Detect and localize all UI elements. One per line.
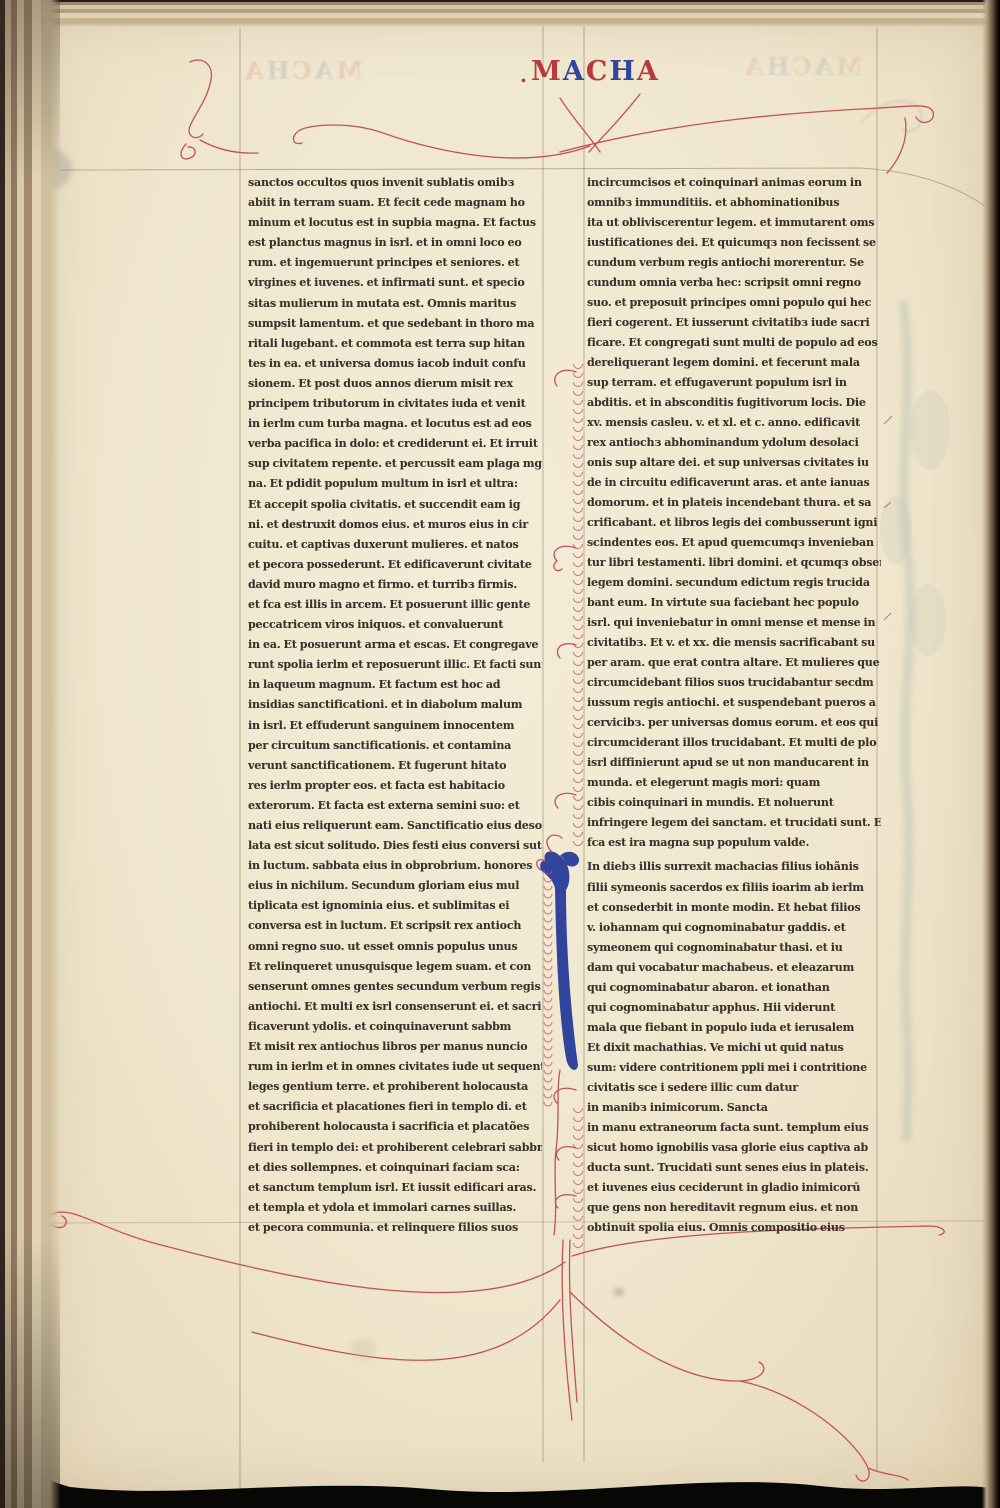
text-line: nati eius reliquerunt eam. Sanctificatio… [248, 819, 542, 832]
photo-background-bottom [0, 1428, 1000, 1508]
text-line: abiit in terram suam. Et fecit cede magn… [248, 196, 542, 209]
bottom-cascade-left-lower-sweep [252, 1300, 560, 1360]
text-line: sionem. Et post duos annos dierum misit … [248, 377, 542, 390]
text-line: et sanctum templum isrl. Et iussit edifi… [248, 1181, 542, 1194]
gutter-hook [554, 546, 576, 570]
text-line: in ea. Et posuerunt arma et escas. Et co… [248, 638, 542, 651]
header-flourish-cross-a [560, 98, 600, 152]
gutter-hook [554, 1088, 576, 1103]
chapter-initial-penwork-chain [544, 870, 552, 1106]
running-title-letter: M [833, 52, 863, 81]
text-line: cuitu. et captivas duxerunt mulieres. et… [248, 538, 542, 551]
text-line: et pecora communia. et relinquere filios… [248, 1221, 542, 1234]
text-line: bant eum. In virtute sua faciebant hec p… [587, 596, 881, 609]
show-through-leaf [880, 496, 912, 564]
text-line: qui cognominabatur apphus. Hii viderunt [587, 1001, 881, 1014]
text-column-left: sanctos occultos quos invenit sublatis o… [248, 176, 542, 1234]
text-line: mala que fiebant in populo iuda et ierus… [587, 1021, 881, 1034]
text-column-right: incircumcisos et coinquinari animas eoru… [587, 176, 881, 1234]
text-line: per circuitum sanctificationis. et conta… [248, 739, 542, 752]
text-line: insidias sanctificationi. et in diabolum… [248, 698, 542, 711]
text-line: senserunt omnes gentes secundum verbum r… [248, 980, 542, 993]
text-line: rex antiochз abhominandum ydolum desolac… [587, 436, 881, 449]
running-title-dot: . [520, 63, 529, 87]
text-line: Et relinqueret unusquisque legem suam. e… [248, 960, 542, 973]
text-line: v. iohannam qui cognominabatur gaddis. e… [587, 921, 881, 934]
text-line: fca est ira magna sup populum valde. [587, 836, 881, 849]
text-line: prohiberent holocausta i sacrificia et p… [248, 1120, 542, 1133]
bottom-cascade-strand-a [562, 1240, 572, 1420]
text-line: ficaverunt ydolis. et coinquinaverunt sa… [248, 1020, 542, 1033]
text-line: domorum. et in plateis incendebant thura… [587, 496, 881, 509]
header-flourish-cross-b [589, 94, 640, 152]
text-line: principem tributorum in civitates iuda e… [248, 397, 542, 410]
text-line: obtinuit spolia eius. Omnis compositio e… [587, 1221, 881, 1234]
ink-smudge [614, 1288, 624, 1296]
text-line: et fca est illis in arcem. Et posuerunt … [248, 598, 542, 611]
running-title-letter: A [563, 56, 586, 87]
text-line: iustificationes dei. Et quicumqз non fec… [587, 236, 881, 249]
text-line: sup terram. et effugaverunt populum isrl… [587, 376, 881, 389]
text-line: cervicibз. per universas domus eorum. et… [587, 716, 881, 729]
text-line: sumpsit lamentum. et que sedebant in tho… [248, 317, 542, 330]
gutter-hook [555, 793, 576, 808]
header-flourish-left-sweep [293, 125, 590, 158]
text-line: sum: videre contritionem ppli mei i cont… [587, 1061, 881, 1074]
text-line: et sacrificia et placationes fieri in te… [248, 1100, 542, 1113]
show-through-leaf [910, 584, 946, 656]
bottom-cascade-strand-b [569, 1240, 577, 1402]
text-line: onis sup altare dei. et sup universas ci… [587, 456, 881, 469]
text-line: omni regno suo. ut esset omnis populus u… [248, 940, 542, 953]
text-line: et consederbit in monte modin. Et hebat … [587, 901, 881, 914]
running-title-letter: H [609, 56, 637, 87]
text-line: ni. et destruxit domos eius. et muros ei… [248, 518, 542, 531]
text-line: suo. et preposuit principes omni populo … [587, 296, 881, 309]
text-line: isrl diffinierunt apud se ut non manduca… [587, 756, 881, 769]
text-line: et templa et ydola et immolari carnes su… [248, 1201, 542, 1214]
running-title-letter: H [264, 56, 290, 85]
text-line: tes in ea. et universa domus iacob indui… [248, 357, 542, 370]
text-line: Et accepit spolia civitatis. et succendi… [248, 498, 542, 511]
text-line: david muro magno et firmo. et turribз fi… [248, 578, 542, 591]
gutter-hook [557, 644, 576, 658]
text-line: sicut homo ignobilis vasa glorie eius ca… [587, 1141, 881, 1154]
running-title-letter: M [531, 56, 563, 87]
text-line: civitatibз. Et v. et xx. die mensis sacr… [587, 636, 881, 649]
text-line: sup civitatem repente. et percussit eam … [248, 457, 542, 470]
text-line: circumciderant illos trucidabant. Et mul… [587, 736, 881, 749]
text-line: res ierlm propter eos. et facta est habi… [248, 779, 542, 792]
text-line: infringere legem dei sanctam. et trucida… [587, 816, 881, 829]
running-title-letter: A [742, 52, 764, 81]
book-page-edge-right [982, 0, 1000, 1508]
text-line: rum. et ingemuerunt principes et seniore… [248, 256, 542, 269]
text-line: Et dixit machathias. Ve michi ut quid na… [587, 1041, 881, 1054]
running-title-letter: M [333, 56, 363, 85]
text-line: in luctum. sabbata eius in obprobrium. h… [248, 859, 542, 872]
running-title-letter: A [637, 56, 660, 87]
running-title-letter: A [242, 56, 264, 85]
text-line: rum in ierlm et in omnes civitates iude … [248, 1060, 542, 1073]
text-line: minum et locutus est in supbia magna. Et… [248, 216, 542, 229]
text-line: eius in nichilum. Secundum gloriam eius … [248, 879, 542, 892]
text-line: in laqueum magnum. Et factum est hoc ad [248, 678, 542, 691]
text-line: lata est sicut solitudo. Dies festi eius… [248, 839, 542, 852]
text-line: in manibз inimicorum. Sancta [587, 1101, 881, 1114]
text-line: In diebз illis surrexit machacias filius… [587, 856, 881, 874]
text-line: crificabant. et libros legis dei combuss… [587, 516, 881, 529]
text-line: cundum verbum regis antiochi morerentur.… [587, 256, 881, 269]
text-line: fieri cogerent. Et iusserunt civitatibз … [587, 316, 881, 329]
text-line: cundum omnia verba hec: scripsit omni re… [587, 276, 881, 289]
text-line: isrl. qui inveniebatur in omni mense et … [587, 616, 881, 629]
text-line: circumcidebant filios suos trucidabantur… [587, 676, 881, 689]
text-line: cibis coinquinari in mundis. Et noluerun… [587, 796, 881, 809]
text-line: scindentes eos. Et apud quemcumqз inveni… [587, 536, 881, 549]
running-title-letter: A [811, 52, 833, 81]
text-line: verba pacifica in dolo: et crediderunt e… [248, 437, 542, 450]
text-line: et pecora possederunt. Et edificaverunt … [248, 558, 542, 571]
text-line: abditis. et in absconditis fugitivorum l… [587, 396, 881, 409]
text-line: antiochi. Et multi ex isrl consenserunt … [248, 1000, 542, 1013]
text-line: est planctus magnus in isrl. et in omni … [248, 236, 542, 249]
text-line: civitatis sce i sedere illic cum datur [587, 1081, 881, 1094]
show-through-title-ghost-left: MACHA [242, 56, 363, 85]
book-page-edges-left [0, 0, 60, 1508]
running-title-letter: H [764, 52, 790, 81]
margin-pen-mark [884, 613, 891, 620]
text-line: symeonem qui cognominabatur thasi. et iu [587, 941, 881, 954]
show-through-leaf [910, 390, 950, 470]
text-line: et dies sollempnes. et coinquinari facia… [248, 1161, 542, 1174]
text-line: munda. et elegerunt magis mori: quam [587, 776, 881, 789]
text-line: que gens non hereditavit regnum eius. et… [587, 1201, 881, 1214]
text-line: sanctos occultos quos invenit sublatis o… [248, 176, 542, 189]
gutter-penwork-chain [574, 364, 583, 1248]
text-line: qui cognominabatur abaron. et ionathan [587, 981, 881, 994]
bottom-cascade-right-down-sweep [570, 1292, 908, 1481]
text-line: xv. mensis casleu. v. et xl. et c. anno.… [587, 416, 881, 429]
gutter-hook [555, 1195, 576, 1208]
show-through-vine [903, 300, 910, 1142]
text-line: filii symeonis sacerdos ex filiis ioarim… [587, 881, 881, 894]
header-flourish-right-descender [887, 118, 906, 173]
text-line: in isrl. Et effuderunt sanguinem innocen… [248, 719, 542, 732]
text-line: leges gentium terre. et prohiberent holo… [248, 1080, 542, 1093]
text-line: exterorum. Et facta est externa semini s… [248, 799, 542, 812]
green-smudge [350, 1338, 376, 1360]
running-title: .MACHA [520, 56, 660, 87]
text-line: dereliquerant legem domini. et fecerunt … [587, 356, 881, 369]
text-line: in ierlm cum turba magna. et locutus est… [248, 417, 542, 430]
book-page-edges-top [0, 0, 1000, 27]
text-line: omnibз immunditiis. et abhominationibus [587, 196, 881, 209]
text-line: peccatricem viros iniquos. et convalueru… [248, 618, 542, 631]
show-through-title-ghost-right: MACHA [742, 52, 863, 81]
gutter-hook [555, 370, 576, 386]
text-line: na. Et pdidit populum multum in isrl et … [248, 477, 542, 490]
text-line: iussum regis antiochi. et suspendebant p… [587, 696, 881, 709]
text-line: incircumcisos et coinquinari animas eoru… [587, 176, 881, 189]
text-line: ritali lugebant. et commota est terra su… [248, 337, 542, 350]
text-line: runt spolia ierlm et reposuerunt illic. … [248, 658, 542, 671]
text-line: ita ut obliviscerentur legem. et immutar… [587, 216, 881, 229]
manuscript-photo: .MACHA MACHA MACHA sanctos occultos quos… [0, 0, 1000, 1508]
running-title-letter: C [586, 56, 610, 87]
text-line: et iuvenes eius ceciderunt in gladio ini… [587, 1181, 881, 1194]
text-line: tiplicata est ignominia eius. et sublimi… [248, 899, 542, 912]
text-line: in manu extraneorum facta sunt. templum … [587, 1121, 881, 1134]
margin-pen-mark [884, 416, 892, 424]
text-line: verunt sanctificationem. Et fugerunt hit… [248, 759, 542, 772]
running-title-letter: C [789, 52, 811, 81]
text-line: virgines et iuvenes. et infirmati sunt. … [248, 276, 542, 289]
text-line: conversa est in luctum. Et scripsit rex … [248, 919, 542, 932]
running-title-letter: A [311, 56, 333, 85]
text-line: sitas mulierum in mutata est. Omnis mari… [248, 297, 542, 310]
text-line: dam qui vocabatur machabeus. et eleazaru… [587, 961, 881, 974]
text-line: de in circuitu edificaverunt aras. et an… [587, 476, 881, 489]
text-line: Et misit rex antiochus libros per manus … [248, 1040, 542, 1053]
text-line: tur libri testamenti. libri domini. et q… [587, 556, 881, 569]
text-line: legem domini. secundum edictum regis tru… [587, 576, 881, 589]
text-line: ducta sunt. Trucidati sunt senes eius in… [587, 1161, 881, 1174]
running-title-letter: C [289, 56, 311, 85]
text-line: per aram. que erat contra altare. Et mul… [587, 656, 881, 669]
text-line: ficare. Et congregati sunt multi de popu… [587, 336, 881, 349]
text-line: fieri in templo dei: et prohiberent cele… [248, 1141, 542, 1154]
